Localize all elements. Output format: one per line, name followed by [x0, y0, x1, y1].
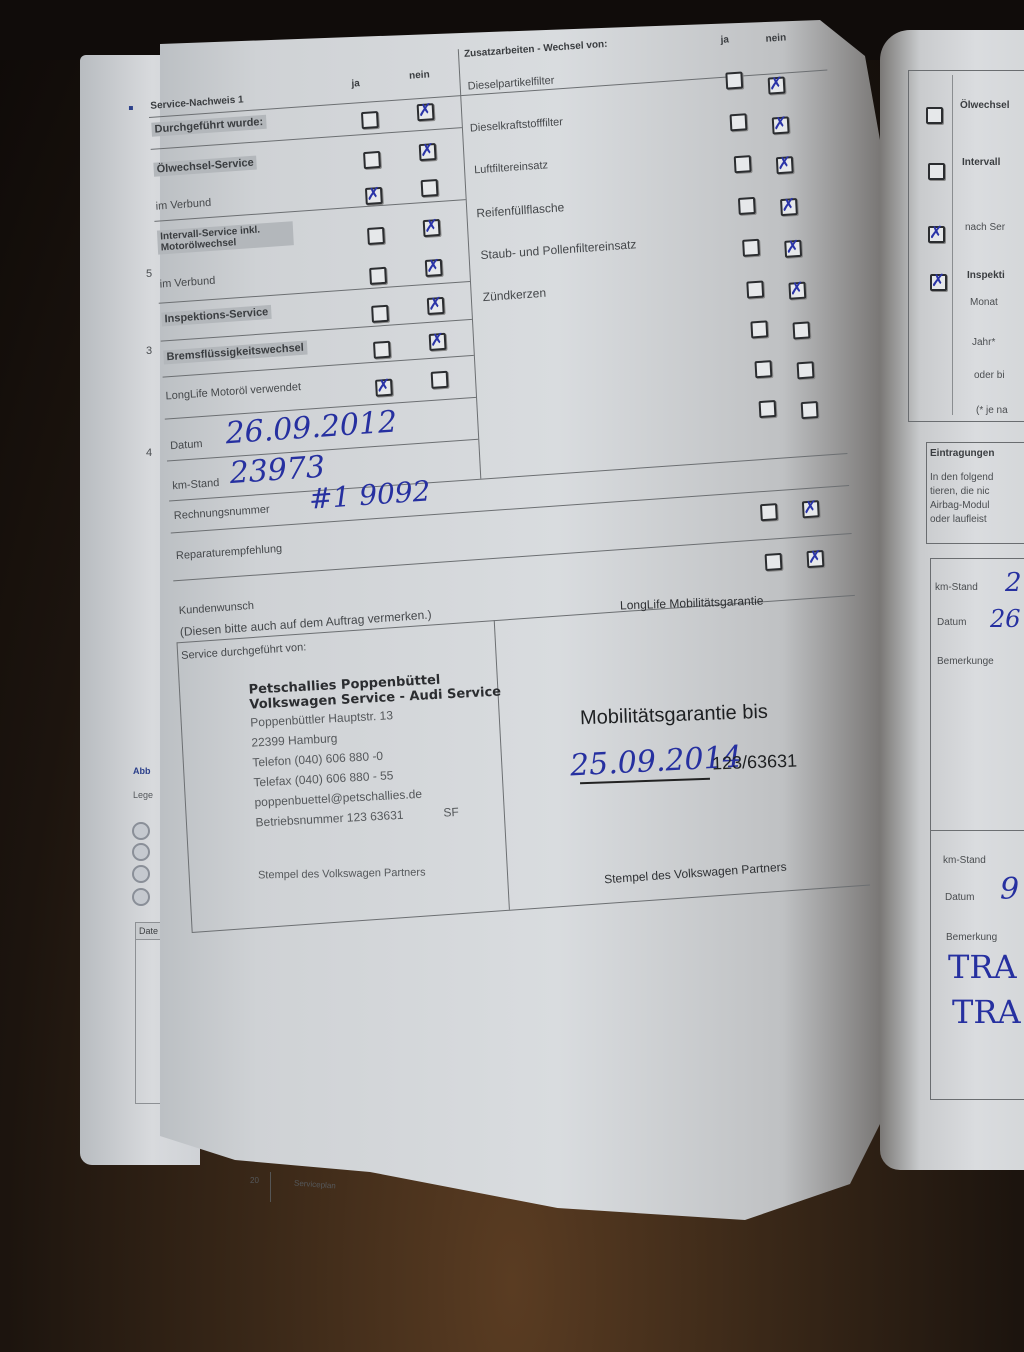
rechnung-label: Rechnungsnummer: [174, 503, 270, 522]
entries-text: oder laufleist: [930, 514, 987, 525]
reparatur-yes[interactable]: [760, 503, 778, 521]
checkbox-no[interactable]: [431, 371, 449, 389]
row-label: Durchgeführt wurde:: [151, 115, 266, 137]
datum-label: Datum: [937, 617, 966, 628]
extra-row-label: Luftfiltereinsatz: [474, 159, 548, 176]
footer-section: Serviceplan: [294, 1179, 336, 1191]
remark-line: TRA: [952, 993, 1021, 1031]
extra-row-label: Staub- und Pollenfiltereinsatz: [480, 237, 636, 262]
margin-subheading: Lege: [133, 790, 153, 800]
margin-number: 3: [146, 345, 152, 357]
extra-row-label: Dieselkraftstofffilter: [470, 116, 564, 134]
rechnung-value: #1 9092: [308, 474, 431, 515]
datum-value: 26.09.2012: [225, 404, 398, 451]
checkbox-yes[interactable]: [367, 227, 385, 245]
mobility-number: 123/63631: [712, 751, 798, 775]
extra-title: Zusatzarbeiten - Wechsel von:: [464, 39, 608, 60]
checkbox-yes[interactable]: [363, 151, 381, 169]
blue-marker: ▪: [128, 100, 134, 118]
reparatur-no[interactable]: [802, 500, 820, 518]
entries-title: Eintragungen: [930, 448, 994, 459]
reparatur-label: Reparaturempfehlung: [176, 543, 283, 562]
datum-label: Datum: [945, 892, 974, 903]
right-row-label: Inspekti: [967, 270, 1005, 281]
footer-divider: [270, 1172, 271, 1202]
bemerkung-label: Bemerkung: [946, 932, 997, 943]
right-checkbox[interactable]: [926, 107, 943, 124]
checkbox-no[interactable]: [419, 143, 437, 161]
margin-number: 5: [146, 268, 152, 280]
checkbox-no[interactable]: [421, 179, 439, 197]
margin-heading: Abb: [133, 766, 151, 776]
checkbox-yes[interactable]: [371, 305, 389, 323]
row-label: im Verbund: [155, 197, 211, 213]
km-label: km-Stand: [935, 582, 978, 593]
checkbox-no[interactable]: [425, 259, 443, 277]
km-label: km-Stand: [943, 855, 986, 866]
right-checkbox[interactable]: [928, 226, 945, 243]
jahr-label: Jahr*: [972, 337, 995, 348]
oder-label: oder bi: [974, 370, 1005, 381]
row-divider: [173, 533, 851, 581]
dealer-initials: SF: [443, 805, 459, 820]
extra-yes[interactable]: [725, 71, 743, 89]
extra-row-label: Zündkerzen: [482, 286, 546, 304]
legend-circle-icon: [132, 843, 150, 861]
extra-no[interactable]: [776, 156, 794, 174]
extra-col-no: nein: [765, 32, 786, 44]
extra-yes[interactable]: [742, 239, 760, 257]
checkbox-no[interactable]: [429, 333, 447, 351]
extra-no[interactable]: [801, 401, 819, 419]
right-row-label: Ölwechsel: [960, 100, 1009, 111]
margin-number: 4: [146, 447, 152, 459]
km-label: km-Stand: [172, 477, 220, 492]
bemerkung-label: Bemerkunge: [937, 656, 994, 667]
km-block-divider: [930, 830, 1024, 831]
extra-row-label: Reifenfüllflasche: [476, 200, 565, 220]
checkbox-no[interactable]: [427, 297, 445, 315]
extra-yes[interactable]: [746, 281, 764, 299]
extra-no[interactable]: [788, 282, 806, 300]
column-divider: [458, 49, 482, 479]
row-label: LongLife Motoröl verwendet: [165, 381, 301, 402]
kunden-label: Kundenwunsch: [179, 600, 255, 617]
checkbox-yes[interactable]: [369, 267, 387, 285]
extra-yes[interactable]: [730, 113, 748, 131]
extra-yes[interactable]: [759, 400, 777, 418]
page-number: 20: [250, 1176, 259, 1185]
row-label: Intervall-Service inkl. Motorölwechsel: [157, 221, 294, 254]
right-row-label: nach Ser: [965, 222, 1005, 233]
right-checkbox[interactable]: [928, 163, 945, 180]
col-yes-header: ja: [351, 78, 360, 90]
right-divider: [952, 75, 953, 415]
checkbox-yes[interactable]: [365, 187, 383, 205]
legend-circle-icon: [132, 865, 150, 883]
kunden-yes[interactable]: [765, 553, 783, 571]
extra-no[interactable]: [784, 240, 802, 258]
checkbox-yes[interactable]: [373, 341, 391, 359]
extra-yes[interactable]: [750, 320, 768, 338]
extra-yes[interactable]: [738, 197, 756, 215]
extra-no[interactable]: [772, 116, 790, 134]
datum-value: 26: [990, 605, 1021, 633]
datum-value: 9: [1000, 872, 1019, 907]
checkbox-yes[interactable]: [361, 111, 379, 129]
extra-col-yes: ja: [720, 34, 729, 46]
durchgefuehrt-label: Service durchgeführt von:: [181, 641, 307, 662]
row-label: im Verbund: [159, 275, 215, 291]
extra-yes[interactable]: [734, 155, 752, 173]
monat-label: Monat: [970, 297, 998, 308]
kunden-no[interactable]: [806, 550, 824, 568]
section-title: Service-Nachweis 1: [150, 94, 244, 112]
datum-label: Datum: [170, 438, 203, 452]
row-label: Ölwechsel-Service: [153, 156, 257, 177]
entries-text: In den folgend: [930, 472, 993, 483]
entries-text: tieren, die nic: [930, 486, 989, 497]
extra-no[interactable]: [797, 361, 815, 379]
extra-no[interactable]: [780, 198, 798, 216]
legend-circle-icon: [132, 822, 150, 840]
km-value: 2: [1005, 568, 1022, 598]
row-label: Bremsflüssigkeitswechsel: [163, 341, 307, 365]
col-no-header: nein: [409, 69, 430, 81]
remark-line: TRA: [948, 948, 1017, 986]
row-label: Inspektions-Service: [161, 305, 271, 327]
right-checkbox[interactable]: [930, 274, 947, 291]
checkbox-no[interactable]: [423, 219, 441, 237]
checkbox-no[interactable]: [417, 103, 435, 121]
right-row-label: Intervall: [962, 157, 1000, 168]
extra-no[interactable]: [793, 321, 811, 339]
extra-yes[interactable]: [754, 360, 772, 378]
extra-no[interactable]: [768, 77, 786, 95]
checkbox-yes[interactable]: [375, 379, 393, 397]
legend-circle-icon: [132, 888, 150, 906]
dealer-stamp: Petschallies Poppenbüttel Volkswagen Ser…: [248, 670, 507, 833]
entries-text: Airbag-Modul: [930, 500, 989, 511]
footnote: (* je na: [976, 405, 1008, 416]
